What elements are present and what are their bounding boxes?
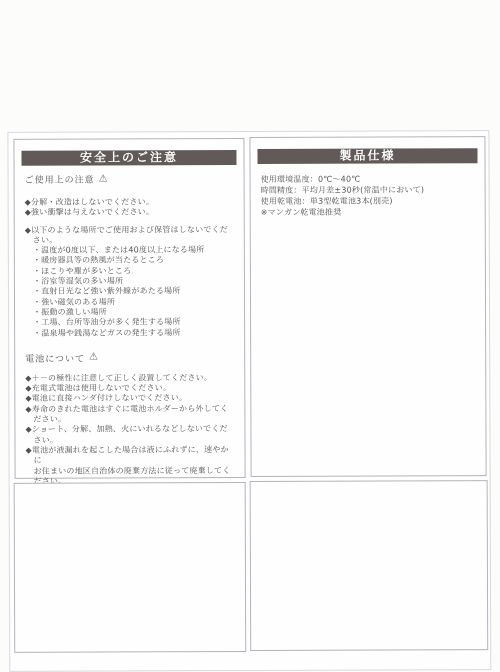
location-item-list: ・温度が0度以下、または40度以上になる場所・暖房器具等の熱風が当たるところ・ほ…: [25, 245, 234, 338]
location-item: ・温泉場や銭湯などガスの発生する場所: [33, 328, 234, 339]
bullet-item: ◆ショート、分解、加熱、火にいれるなどしないでください。: [25, 424, 234, 445]
specs-content: 使用環境温度：0℃～40℃時間精度：平均月差±30秒(常温中において)使用乾電池…: [251, 173, 485, 218]
instruction-sheet-scan: 安全上のご注意 ご使用上の注意 ⚠ ◆分解・改造はしないでください。◆強い衝撃は…: [0, 0, 500, 600]
bullet-item: ◆電池が液漏れを起こした場合は液にふれずに、速やかに お住まいの地区自治体の廃棄…: [26, 445, 235, 487]
usage-section-title: ご使用上の注意 ⚠: [25, 172, 234, 186]
location-item: ・暖房器具等の熱風が当たるところ: [33, 256, 234, 267]
battery-title-text: 電池について: [25, 351, 85, 364]
battery-section-title: 電池について ⚠: [25, 351, 234, 365]
location-section: ◆以下のような場所でご使用および保管はしないでください。 ・温度が0度以下、また…: [25, 225, 234, 339]
location-item: ・工場、台所等油分が多く発生する場所: [33, 317, 234, 328]
bullet-item: ◆強い衝撃は与えないでください。: [25, 207, 234, 218]
specs-panel: 製品仕様 使用環境温度：0℃～40℃時間精度：平均月差±30秒(常温中において)…: [249, 136, 486, 477]
spec-line-list: 使用環境温度：0℃～40℃時間精度：平均月差±30秒(常温中において)使用乾電池…: [261, 173, 475, 218]
warning-triangle-icon: ⚠: [89, 353, 99, 363]
safety-panel: 安全上のご注意 ご使用上の注意 ⚠ ◆分解・改造はしないでください。◆強い衝撃は…: [13, 138, 245, 479]
usage-title-text: ご使用上の注意: [25, 173, 95, 186]
empty-panel-bottom-right: [250, 480, 489, 600]
specs-header: 製品仕様: [257, 148, 477, 164]
location-item: ・直射日光など強い紫外線があたる場所: [33, 286, 234, 297]
safety-content: ご使用上の注意 ⚠ ◆分解・改造はしないでください。◆強い衝撃は与えないでくださ…: [15, 172, 245, 518]
location-item: ・振動の激しい場所: [33, 307, 234, 318]
warning-triangle-icon: ⚠: [99, 174, 109, 184]
bullet-item: ◆＋－の極性に注意して正しく設置してください。: [25, 373, 234, 384]
spec-line: 使用環境温度：0℃～40℃: [261, 173, 475, 185]
spec-line: 使用乾電池：単3型乾電池3本(別売): [261, 195, 475, 207]
spec-line: 時間精度：平均月差±30秒(常温中において): [261, 184, 475, 196]
location-intro-bullet: ◆以下のような場所でご使用および保管はしないでください。: [25, 225, 234, 246]
location-item: ・強い磁気のある場所: [33, 297, 234, 308]
bullet-item: ◆電池に直接ハンダ付けしないでください。: [25, 394, 234, 405]
bullet-item: ◆寿命のきれた電池はすぐに電池ホルダーから外してください。: [25, 404, 234, 425]
empty-panel-bottom-left: [14, 482, 247, 600]
spec-line: ※マンガン乾電池推奨: [261, 206, 475, 218]
location-item: ・ほこりや塵が多いところ: [33, 266, 234, 277]
usage-bullet-list: ◆分解・改造はしないでください。◆強い衝撃は与えないでください。: [25, 197, 234, 218]
safety-header: 安全上のご注意: [21, 150, 236, 166]
